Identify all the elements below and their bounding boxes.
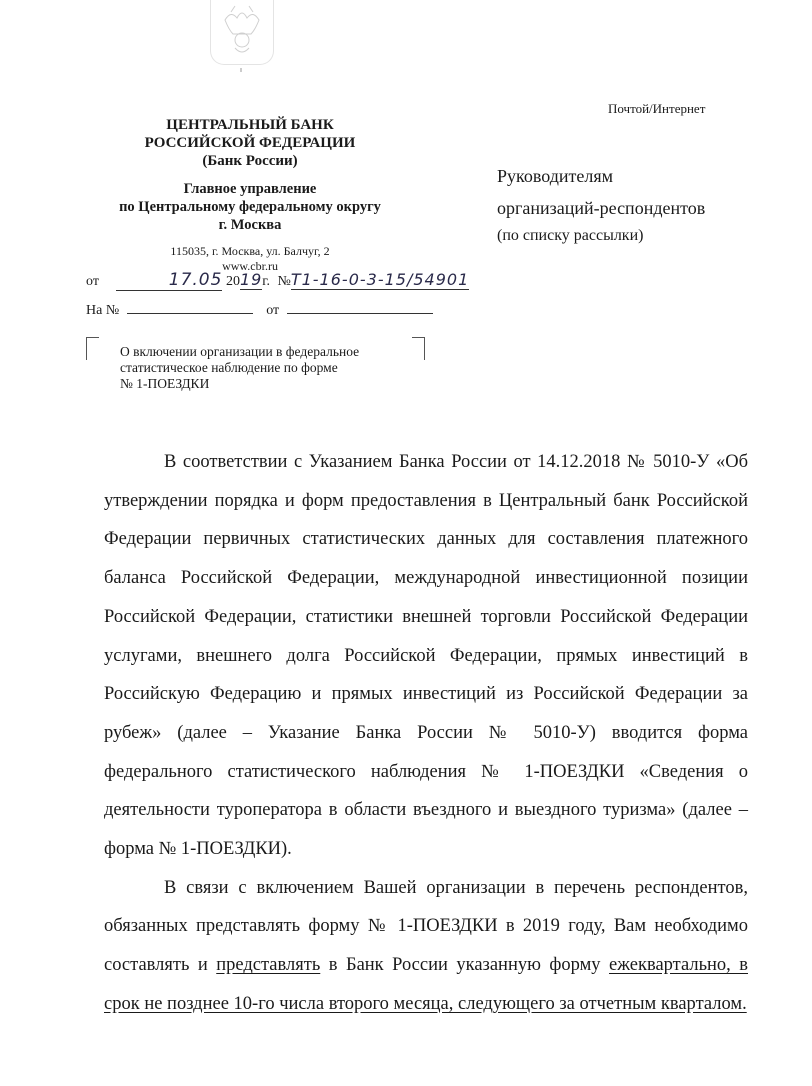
- emblem-mark: [240, 68, 242, 72]
- department-name: Главное управление по Центральному федер…: [90, 180, 410, 234]
- document-number-field: Т1-16-0-3-15/54901: [291, 270, 469, 290]
- subject-bracket-right: [412, 337, 425, 360]
- eagle-emblem-icon: [211, 0, 273, 64]
- org-name: ЦЕНТРАЛЬНЫЙ БАНК РОССИЙСКОЙ ФЕДЕРАЦИИ (Б…: [90, 116, 410, 170]
- subject-heading: О включении организации в федеральное ст…: [120, 344, 410, 392]
- body-paragraph-1: В соответствии с Указанием Банка России …: [104, 443, 748, 869]
- date-field: 17.05: [116, 270, 222, 291]
- reply-number-field: [127, 301, 253, 314]
- subject-bracket-left: [86, 337, 99, 360]
- delivery-method: Почтой/Интернет: [608, 101, 705, 117]
- recipient-block: Руководителям организаций-респондентов (…: [497, 160, 705, 246]
- underlined-submit: представлять: [216, 955, 320, 975]
- incoming-reference: На № от: [86, 301, 433, 319]
- reply-date-field: [287, 301, 433, 314]
- coat-of-arms-icon: [210, 0, 274, 65]
- body-paragraph-2: В связи с включением Вашей организации в…: [104, 869, 748, 1024]
- year-field: 19: [240, 270, 262, 290]
- outgoing-reference: от 17.05 2019г. №Т1-16-0-3-15/54901: [86, 270, 469, 291]
- sender-block: ЦЕНТРАЛЬНЫЙ БАНК РОССИЙСКОЙ ФЕДЕРАЦИИ (Б…: [90, 116, 410, 274]
- letter-body: В соответствии с Указанием Банка России …: [104, 443, 748, 1024]
